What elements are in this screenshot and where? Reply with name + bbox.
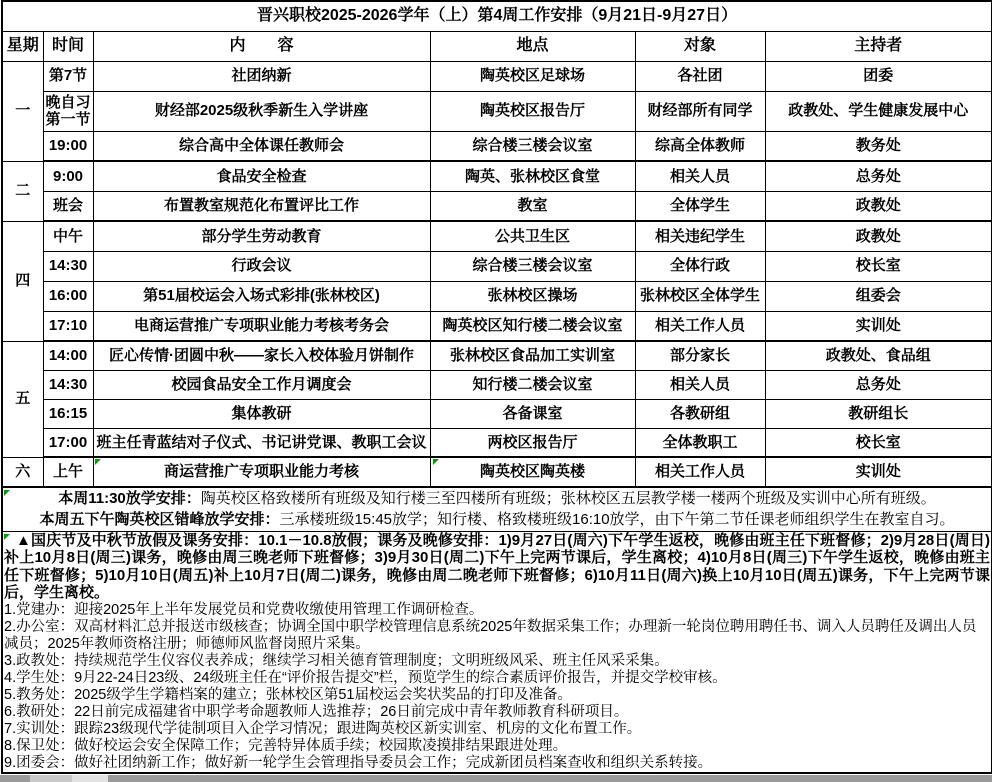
table-row: 19:00 综合高中全体课任教师会 综合楼三楼会议室 综高全体教师 教务处	[2, 131, 992, 161]
dismissal-note-2-text: 三承楼班级15:45放学；知行楼、格致楼班级16:10放学，由下午第二节任课老师…	[279, 511, 954, 528]
content-cell: 食品安全检查	[93, 161, 430, 191]
cell-flag-icon	[4, 490, 10, 496]
day-cell-fri: 五	[2, 341, 43, 457]
location-cell: 陶英校区陶英楼	[430, 457, 635, 487]
cell-flag-icon	[95, 459, 101, 465]
content-cell: 布置教室规范化布置评比工作	[93, 191, 430, 221]
table-row: 16:00 第51届校运会入场式彩排(张林校区) 张林校区操场 张林校区全体学生…	[2, 281, 992, 311]
location-cell: 陶英、张林校区食堂	[430, 161, 635, 191]
content-cell: 商运营推广专项职业能力考核	[93, 457, 430, 487]
table-row: 一 第7节 社团纳新 陶英校区足球场 各社团 团委	[2, 61, 992, 91]
table-title-row: 晋兴职校2025-2026学年（上）第4周工作安排（9月21日-9月27日）	[2, 1, 992, 31]
content-cell: 综合高中全体课任教师会	[93, 131, 430, 161]
dismissal-note-1: 本周11:30放学安排：陶英校区格致楼所有班级及知行楼三至四楼所有班级；张林校区…	[4, 488, 990, 509]
dismissal-note-2-label: 本周五下午陶英校区错峰放学安排：	[39, 511, 279, 528]
host-cell: 团委	[765, 61, 992, 91]
cell-flag-icon	[433, 459, 439, 465]
holiday-notice: ▲国庆节及中秋节放假及课务安排：10.1－10.8放假；课务及晚修安排：1)9月…	[4, 532, 990, 602]
bottom-strip-segment	[72, 775, 108, 782]
location-cell: 公共卫生区	[430, 221, 635, 251]
host-cell: 校长室	[765, 428, 992, 457]
bottom-section-cell: ▲国庆节及中秋节放假及课务安排：10.1－10.8放假；课务及晚修安排：1)9月…	[2, 531, 992, 773]
location-cell: 各备课室	[430, 399, 635, 428]
col-header-content: 内 容	[93, 31, 430, 61]
host-cell: 政教处	[765, 191, 992, 221]
location-cell: 综合楼三楼会议室	[430, 251, 635, 281]
table-row: 六 上午 商运营推广专项职业能力考核 陶英校区陶英楼 相关工作人员 实训处	[2, 457, 992, 487]
time-cell: 17:10	[43, 311, 93, 341]
location-cell: 两校区报告厅	[430, 428, 635, 457]
time-cell: 9:00	[43, 161, 93, 191]
audience-cell: 相关工作人员	[635, 311, 765, 341]
col-header-day: 星期	[2, 31, 43, 61]
bottom-strip-segment	[30, 775, 72, 782]
dismissal-note-1-text: 陶英校区格致楼所有班级及知行楼三至四楼所有班级；张林校区五层教学楼一楼两个班级及…	[201, 490, 936, 507]
dept-item-office: 2.办公室：双高材料汇总并报送市级核查；协调全国中职学校管理信息系统2025年数…	[4, 619, 990, 653]
weekly-schedule-table: 晋兴职校2025-2026学年（上）第4周工作安排（9月21日-9月27日） 星…	[1, 0, 992, 774]
time-cell: 14:00	[43, 341, 93, 370]
table-row: 14:30 行政会议 综合楼三楼会议室 全体行政 校长室	[2, 251, 992, 281]
dept-item-academic-affairs: 5.教务处：2025级学生学籍档案的建立；张林校区第51届校运会奖状奖品的打印及…	[4, 687, 990, 704]
time-cell: 第7节	[43, 61, 93, 91]
time-cell: 上午	[43, 457, 93, 487]
audience-cell: 各社团	[635, 61, 765, 91]
table-row: 晚自习第一节 财经部2025级秋季新生入学讲座 陶英校区报告厅 财经部所有同学 …	[2, 91, 992, 131]
dismissal-notes-row: 本周11:30放学安排：陶英校区格致楼所有班级及知行楼三至四楼所有班级；张林校区…	[2, 487, 992, 531]
host-cell: 校长室	[765, 251, 992, 281]
col-header-host: 主持者	[765, 31, 992, 61]
host-cell: 组委会	[765, 281, 992, 311]
table-row: 16:15 集体教研 各备课室 各教研组 教研组长	[2, 399, 992, 428]
dismissal-note-2: 本周五下午陶英校区错峰放学安排：三承楼班级15:45放学；知行楼、格致楼班级16…	[4, 509, 990, 530]
time-cell: 班会	[43, 191, 93, 221]
content-cell: 第51届校运会入场式彩排(张林校区)	[93, 281, 430, 311]
audience-cell: 全体学生	[635, 191, 765, 221]
location-cell: 知行楼二楼会议室	[430, 370, 635, 399]
content-cell: 行政会议	[93, 251, 430, 281]
time-cell: 16:00	[43, 281, 93, 311]
host-cell: 政教处	[765, 221, 992, 251]
audience-cell: 相关违纪学生	[635, 221, 765, 251]
table-row: 17:00 班主任青蓝结对子仪式、书记讲党课、教职工会议 两校区报告厅 全体教职…	[2, 428, 992, 457]
time-cell: 中午	[43, 221, 93, 251]
content-cell: 财经部2025级秋季新生入学讲座	[93, 91, 430, 131]
time-cell: 19:00	[43, 131, 93, 161]
host-cell: 总务处	[765, 161, 992, 191]
col-header-audience: 对象	[635, 31, 765, 61]
location-cell: 陶英校区报告厅	[430, 91, 635, 131]
table-header-row: 星期 时间 内 容 地点 对象 主持者	[2, 31, 992, 61]
audience-cell: 全体教职工	[635, 428, 765, 457]
audience-cell: 张林校区全体学生	[635, 281, 765, 311]
table-row: 四 中午 部分学生劳动教育 公共卫生区 相关违纪学生 政教处	[2, 221, 992, 251]
col-header-time: 时间	[43, 31, 93, 61]
audience-cell: 相关工作人员	[635, 457, 765, 487]
day-cell-thu: 四	[2, 221, 43, 341]
host-cell: 实训处	[765, 457, 992, 487]
dept-item-security: 8.保卫处：做好校运会安全保障工作；完善特异体质手续；校园欺凌摸排结果跟进处理。	[4, 738, 990, 755]
table-row: 17:10 电商运营推广专项职业能力考核考务会 陶英校区知行楼二楼会议室 相关工…	[2, 311, 992, 341]
location-cell: 陶英校区知行楼二楼会议室	[430, 311, 635, 341]
location-cell: 教室	[430, 191, 635, 221]
dismissal-notes-cell: 本周11:30放学安排：陶英校区格致楼所有班级及知行楼三至四楼所有班级；张林校区…	[2, 487, 992, 531]
host-cell: 教研组长	[765, 399, 992, 428]
audience-cell: 财经部所有同学	[635, 91, 765, 131]
location-cell: 陶英校区足球场	[430, 61, 635, 91]
day-cell-sat: 六	[2, 457, 43, 487]
host-cell: 政教处、食品组	[765, 341, 992, 370]
dismissal-note-1-label: 本周11:30放学安排：	[58, 490, 201, 507]
content-cell: 匠心传情·团圆中秋——家长入校体验月饼制作	[93, 341, 430, 370]
content-cell: 班主任青蓝结对子仪式、书记讲党课、教职工会议	[93, 428, 430, 457]
dept-item-political-edu: 3.政教处：持续规范学生仪容仪表养成；继续学习相关德育管理制度；文明班级风采、班…	[4, 653, 990, 670]
dept-item-training: 7.实训处：跟踪23级现代学徒制项目入企学习情况；跟进陶英校区新实训室、机房的文…	[4, 721, 990, 738]
day-cell-mon: 一	[2, 61, 43, 161]
time-cell: 14:30	[43, 251, 93, 281]
window-bottom-strip	[0, 775, 992, 782]
audience-cell: 部分家长	[635, 341, 765, 370]
host-cell: 政教处、学生健康发展中心	[765, 91, 992, 131]
col-header-location: 地点	[430, 31, 635, 61]
spreadsheet-page: 晋兴职校2025-2026学年（上）第4周工作安排（9月21日-9月27日） 星…	[0, 0, 992, 782]
host-cell: 教务处	[765, 131, 992, 161]
host-cell: 实训处	[765, 311, 992, 341]
content-cell: 部分学生劳动教育	[93, 221, 430, 251]
content-cell: 校园食品安全工作月调度会	[93, 370, 430, 399]
audience-cell: 各教研组	[635, 399, 765, 428]
bottom-section-row: ▲国庆节及中秋节放假及课务安排：10.1－10.8放假；课务及晚修安排：1)9月…	[2, 531, 992, 773]
table-row: 14:30 校园食品安全工作月调度会 知行楼二楼会议室 相关人员 总务处	[2, 370, 992, 399]
dept-item-party: 1.党建办：迎接2025年上半年发展党员和党费收缴使用管理工作调研检查。	[4, 602, 990, 619]
dept-item-youth-league: 9.团委会：做好社团纳新工作；做好新一轮学生会管理指导委员会工作；完成新团员档案…	[4, 755, 990, 772]
content-cell: 电商运营推广专项职业能力考核考务会	[93, 311, 430, 341]
table-row: 五 14:00 匠心传情·团圆中秋——家长入校体验月饼制作 张林校区食品加工实训…	[2, 341, 992, 370]
content-cell: 集体教研	[93, 399, 430, 428]
time-cell: 16:15	[43, 399, 93, 428]
time-cell: 14:30	[43, 370, 93, 399]
table-row: 班会 布置教室规范化布置评比工作 教室 全体学生 政教处	[2, 191, 992, 221]
audience-cell: 全体行政	[635, 251, 765, 281]
audience-cell: 综高全体教师	[635, 131, 765, 161]
host-cell: 总务处	[765, 370, 992, 399]
location-cell: 张林校区操场	[430, 281, 635, 311]
dept-item-student-affairs: 4.学生处：9月22-24日23级、24级班主任在“评价报告提交”栏，预览学生的…	[4, 670, 990, 687]
cell-flag-icon	[4, 534, 10, 540]
audience-cell: 相关人员	[635, 370, 765, 399]
time-cell: 晚自习第一节	[43, 91, 93, 131]
location-cell: 张林校区食品加工实训室	[430, 341, 635, 370]
dept-item-research: 6.教研处：22日前完成福建省中职学考命题教师人选推荐；26日前完成中青年教师教…	[4, 704, 990, 721]
time-cell: 17:00	[43, 428, 93, 457]
content-cell: 社团纳新	[93, 61, 430, 91]
location-cell: 综合楼三楼会议室	[430, 131, 635, 161]
day-cell-tue: 二	[2, 161, 43, 221]
audience-cell: 相关人员	[635, 161, 765, 191]
page-title: 晋兴职校2025-2026学年（上）第4周工作安排（9月21日-9月27日）	[2, 1, 992, 31]
table-row: 二 9:00 食品安全检查 陶英、张林校区食堂 相关人员 总务处	[2, 161, 992, 191]
